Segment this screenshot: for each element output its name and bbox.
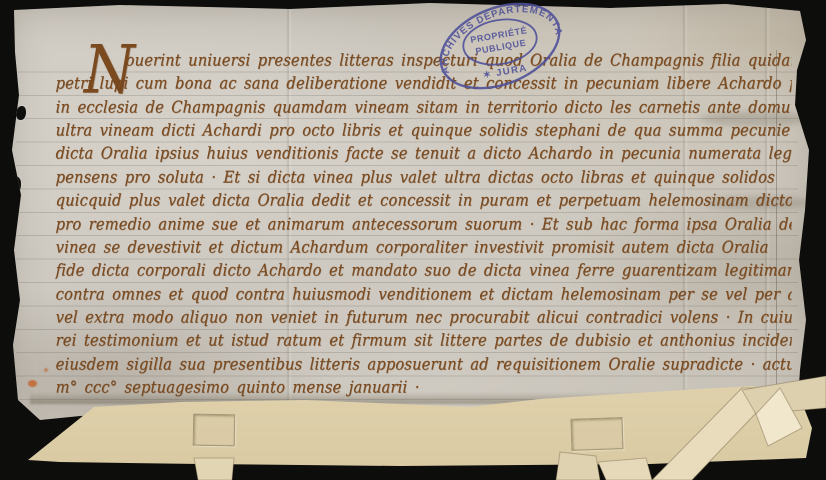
- manuscript-line: vinea se devestivit et dictum Achardum c…: [55, 237, 769, 258]
- seal-tag-slit: [193, 414, 236, 447]
- manuscript-line: pensens pro soluta · Et si dicta vinea p…: [55, 167, 775, 188]
- archive-stamp: ARCHIVES DÉPARTEMENTALES PROPRIÉTÉ PUBLI…: [425, 0, 575, 100]
- parchment-hole: [6, 176, 21, 195]
- manuscript-line: eiusdem sigilla sua presentibus litteris…: [55, 354, 792, 375]
- manuscript-line: vel extra modo aliquo non veniet in futu…: [55, 307, 792, 328]
- wax-spot: [44, 368, 48, 372]
- manuscript-line: ultra vineam dicti Achardi pro octo libr…: [55, 120, 790, 141]
- wax-spot: [28, 380, 37, 387]
- manuscript-line: pro remedio anime sue et animarum antece…: [55, 214, 792, 235]
- photo-stage: N ouerint uniuersi presentes litteras in…: [0, 0, 826, 480]
- manuscript-line: contra omnes et quod contra huiusmodi ve…: [55, 284, 792, 305]
- manuscript-line: dicta Oralia ipsius huius venditionis fa…: [55, 143, 792, 164]
- manuscript-line: quicquid plus valet dicta Oralia dedit e…: [55, 190, 792, 211]
- manuscript-line: rei testimonium et ut istud ratum et fir…: [55, 330, 792, 351]
- manuscript-line: petri lupi cum bona ac sana deliberation…: [55, 73, 792, 94]
- manuscript-line: in ecclesia de Champagnis quamdam vineam…: [55, 97, 792, 118]
- seal-tag-slit: [570, 417, 623, 451]
- manuscript-line: fide dicta corporali dicto Achardo et ma…: [55, 260, 792, 281]
